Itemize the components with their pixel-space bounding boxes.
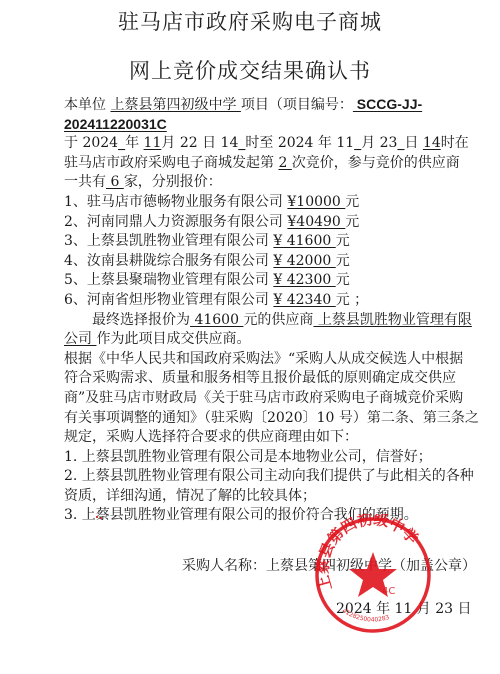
svg-text:4C: 4C xyxy=(382,586,395,597)
document-title-line-1: 驻马店市政府采购电子商城 xyxy=(0,6,500,36)
bid-supplier: 汝南县耕陇综合服务有限公司 xyxy=(87,253,269,269)
bid-item: 5、上蔡县聚瑞物业管理有限公司 ¥ 42300 元 xyxy=(64,271,464,291)
end-day: 23 xyxy=(380,135,398,151)
bid-supplier: 上蔡县凯胜物业管理有限公司 xyxy=(87,233,269,249)
bid-price: ¥ 42300 xyxy=(273,272,335,288)
basis-line: 商”及驻马店市财政局《关于驻马店市政府采购电子商城竞价采购 xyxy=(64,389,464,409)
bid-no: 1、 xyxy=(64,194,87,210)
intro-line-5: 一共有 6 家，分别报价： xyxy=(64,173,464,193)
bid-price: ¥ 41600 xyxy=(273,233,335,249)
intro-line-1: 本单位 上蔡县第四初级中学 项目（项目编号： SCCG-JJ- xyxy=(64,95,464,115)
bid-no: 4、 xyxy=(64,253,87,269)
bid-unit: 元 xyxy=(336,253,350,269)
basis-line: 有关事项调整的通知》（驻采购〔2020〕10 号）第二条、第三条之 xyxy=(64,409,464,429)
svg-text:4128250040283: 4128250040283 xyxy=(341,607,390,623)
hour-to: 时至 2024 年 xyxy=(245,135,336,151)
total-prefix: 一共有 xyxy=(64,174,106,190)
bid-no: 2、 xyxy=(64,214,87,230)
reason-item: 2. 上蔡县凯胜物业管理有限公司主动向我们提供了与此相关的各种 xyxy=(64,467,464,487)
ink-speck xyxy=(100,517,102,519)
day-char: 日 xyxy=(202,135,216,151)
basis-line: 根据《中华人民共和国政府采购法》“采购人从成交候选人中根据 xyxy=(64,350,464,370)
bid-price: ¥ 42000 xyxy=(273,253,335,269)
bid-item: 3、上蔡县凯胜物业管理有限公司 ¥ 41600 元 xyxy=(64,232,464,252)
bid-supplier: 驻马店市德畅物业服务有限公司 xyxy=(87,194,283,210)
end-hour: 14 xyxy=(423,135,441,151)
document-title-line-2: 网上竞价成交结果确认书 xyxy=(0,55,500,85)
start-year: 于 2024 xyxy=(64,135,118,151)
selection-line-1: 最终选择报价为 41600 元的供应商 上蔡县凯胜物业管理有限 xyxy=(64,311,464,331)
end-month: 11 xyxy=(336,135,354,151)
total-suffix: 家，分别报价： xyxy=(124,174,222,190)
start-day: 22 xyxy=(175,135,202,151)
selected-supplier-continued: 公司 xyxy=(64,331,96,347)
bid-unit: 元 xyxy=(336,233,350,249)
mall-text: 驻马店市政府采购电子商城发起第 xyxy=(64,155,278,171)
project-label: 项目（项目编号： xyxy=(241,97,353,113)
bid-item: 2、河南同鼎人力资源服务有限公司 ¥40490 元 xyxy=(64,213,464,233)
bid-no: 6、 xyxy=(64,292,87,308)
bid-unit: 元 xyxy=(345,194,359,210)
bid-item: 1、驻马店市德畅物业服务有限公司 ¥10000 元 xyxy=(64,193,464,213)
basis-line: 符合采购需求、质量和服务相等且报价最低的原则确定成交供应 xyxy=(64,369,464,389)
bid-price: ¥10000 xyxy=(287,194,345,210)
bid-item: 6、河南省炟彤物业管理有限公司 ¥ 42340 元 ； xyxy=(64,291,464,311)
selected-price: 41600 xyxy=(190,312,243,328)
intro-line-4: 驻马店市政府采购电子商城发起第 2 次竞价，参与竞价的供应商 xyxy=(64,154,464,174)
bid-supplier: 河南同鼎人力资源服务有限公司 xyxy=(87,214,283,230)
reason-item: 1. 上蔡县凯胜物业管理有限公司是本地物业公司，信誉好； xyxy=(64,448,464,468)
bid-unit: 元 ； xyxy=(336,292,368,308)
unit-label: 本单位 xyxy=(64,97,106,113)
start-month: 11 xyxy=(144,135,162,151)
round-suffix: 次竞价，参与竞价的供应商 xyxy=(292,155,460,171)
bid-unit: 元 xyxy=(336,272,350,288)
selection-prefix: 最终选择报价为 xyxy=(92,312,190,328)
reason-item: 资质，详细沟通，情况了解的比较具体； xyxy=(64,487,464,507)
end-day-char: 日 xyxy=(404,135,422,151)
month-char: 月 xyxy=(161,135,175,151)
ink-speck xyxy=(96,516,98,518)
bid-supplier: 河南省炟彤物业管理有限公司 xyxy=(87,292,269,308)
selection-suffix: 作为此项目成交供应商。 xyxy=(96,331,250,347)
bid-supplier: 上蔡县聚瑞物业管理有限公司 xyxy=(87,272,269,288)
basis-line: 规定，采购人选择符合要求的供应商理由如下： xyxy=(64,428,464,448)
selection-line-2: 公司 作为此项目成交供应商。 xyxy=(64,330,464,350)
bid-price: ¥40490 xyxy=(287,214,345,230)
bid-price: ¥ 42340 xyxy=(273,292,335,308)
project-code-continued: 202411220031C xyxy=(64,116,167,132)
bid-no: 3、 xyxy=(64,233,87,249)
end-month-char: 月 xyxy=(361,135,379,151)
bid-item: 4、汝南县耕陇综合服务有限公司 ¥ 42000 元 xyxy=(64,252,464,272)
hour-at: 时在 xyxy=(441,135,469,151)
document-body: 本单位 上蔡县第四初级中学 项目（项目编号： SCCG-JJ- 20241122… xyxy=(64,95,464,526)
selection-middle: 元的供应商 xyxy=(243,312,313,328)
total-count: 6 xyxy=(106,174,124,190)
unit-name: 上蔡县第四初级中学 xyxy=(110,97,240,113)
bid-list: 1、驻马店市德畅物业服务有限公司 ¥10000 元 2、河南同鼎人力资源服务有限… xyxy=(64,193,464,311)
intro-line-3: 于 2024_年 11月 22 日 14_时至 2024 年 11_月 23_日… xyxy=(64,134,464,154)
start-hour: 14 xyxy=(221,135,239,151)
intro-line-2: 202411220031C xyxy=(64,115,464,135)
bid-no: 5、 xyxy=(64,272,87,288)
official-seal-icon: 上蔡县第四初级中学 4C 4128250040283 xyxy=(312,514,434,636)
year-char: 年 xyxy=(125,135,139,151)
bid-round: 2 xyxy=(278,155,291,171)
basis-paragraph: 根据《中华人民共和国政府采购法》“采购人从成交候选人中根据 符合采购需求、质量和… xyxy=(64,350,464,448)
bid-unit: 元 xyxy=(345,214,359,230)
selected-supplier: 上蔡县凯胜物业管理有限 xyxy=(313,312,471,328)
project-code: SCCG-JJ- xyxy=(353,96,422,112)
